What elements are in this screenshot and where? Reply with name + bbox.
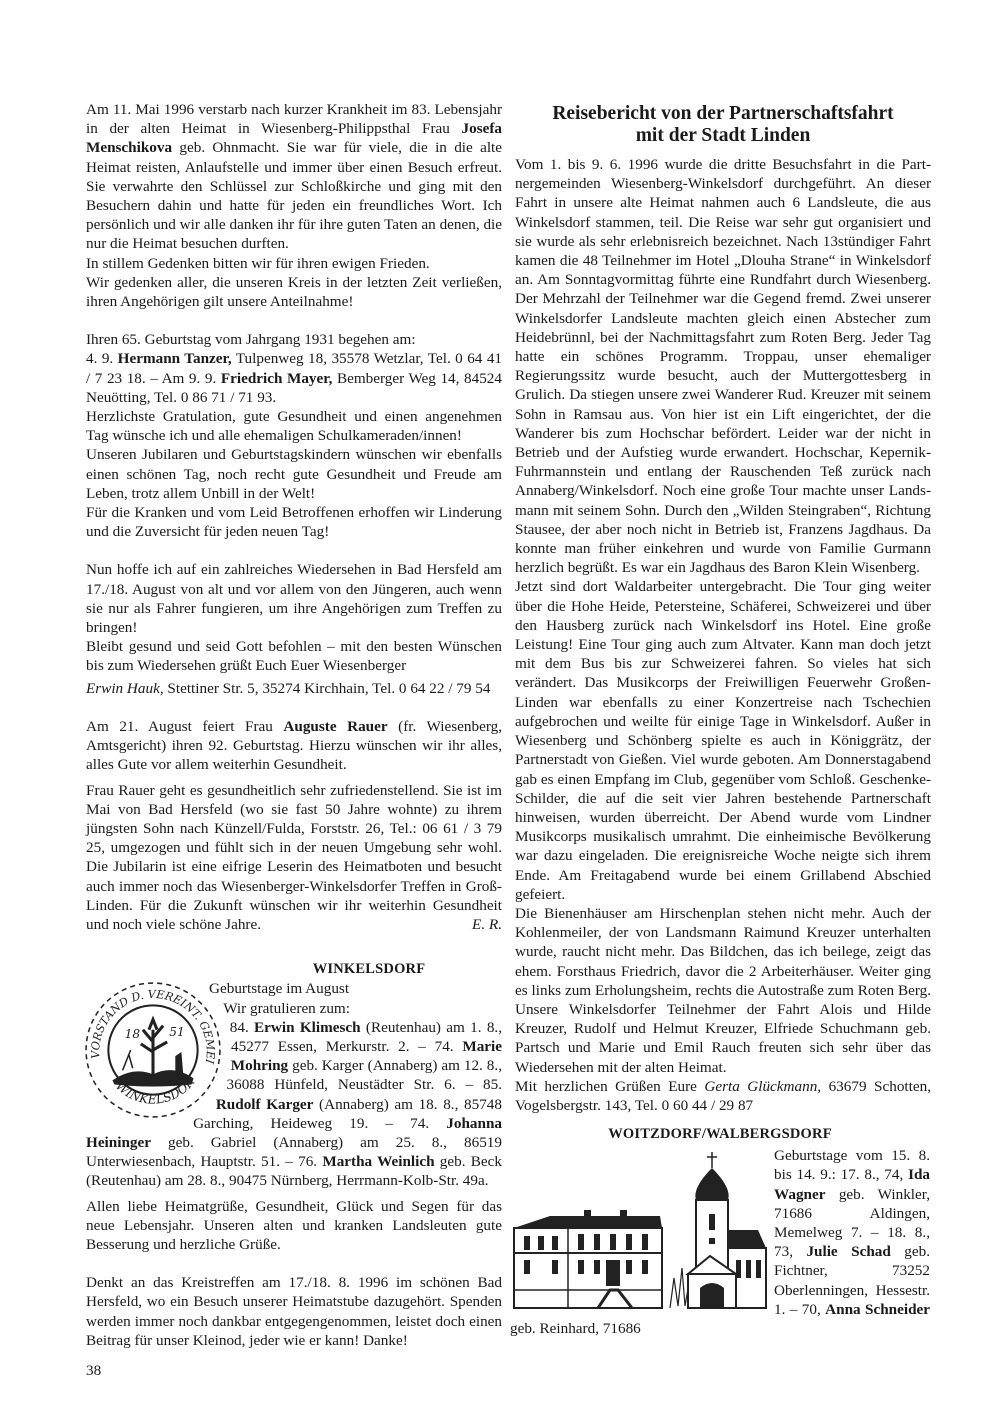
sick-wishes: Für die Kranken und vom Leid Betroffenen… xyxy=(86,503,502,541)
birthday-wishes: Unseren Jubilaren und Geburtstagskindern… xyxy=(86,445,502,503)
winkelsdorf-greetings: Allen liebe Heimatgrüße, Gesundheit, Glü… xyxy=(86,1197,502,1255)
travel-report-p3: Die Bienenhäuser am Hirschenplan stehen … xyxy=(515,904,931,1077)
right-column: Reisebericht von der Partnerschaftsfahrt… xyxy=(515,100,931,1115)
farewell-paragraph: Bleibt gesund und seid Gott befohlen – m… xyxy=(86,637,502,675)
winkelsdorf-reminder: Denkt an das Kreistreffen am 17./18. 8. … xyxy=(86,1273,502,1350)
birthday-65-entries: 4. 9. Hermann Tanzer, Tulpenweg 18, 3557… xyxy=(86,349,502,407)
initials: E. R. xyxy=(472,916,502,933)
birthday-65-intro: Ihren 65. Geburtstag vom Jahrgang 1931 b… xyxy=(86,330,502,349)
section-title-winkelsdorf: WINKELSDORF xyxy=(236,960,502,979)
travel-report-p2: Jetzt sind dort Waldarbeiter untergebrac… xyxy=(515,577,931,903)
meeting-paragraph: Nun hoffe ich auf ein zahlreiches Wieder… xyxy=(86,560,502,637)
signature-glueckmann: Mit herzlichen Grüßen Eure Gerta Glückma… xyxy=(515,1077,931,1115)
woitzdorf-section: WOITZDORF/WALBERGSDORF Gebu xyxy=(510,1125,930,1338)
signature-hauk: Erwin Hauk, Stettiner Str. 5, 35274 Kirc… xyxy=(86,679,502,698)
svg-text:18: 18 xyxy=(125,1027,141,1041)
obituary-remembrance: Wir gedenken aller, die unseren Kreis in… xyxy=(86,273,502,311)
winkelsdorf-seal-icon: VORSTAND D. VEREINT. GEMEINDE WINKELSDOR… xyxy=(82,979,224,1121)
left-column: Am 11. Mai 1996 verstarb nach kurzer Kra… xyxy=(86,100,502,1350)
church-building-icon xyxy=(510,1148,768,1313)
svg-text:51: 51 xyxy=(169,1025,184,1039)
obituary-paragraph: Am 11. Mai 1996 verstarb nach kurzer Kra… xyxy=(86,100,502,254)
travel-report-p1: Vom 1. bis 9. 6. 1996 wurde die dritte B… xyxy=(515,155,931,577)
birthday-65-congrats: Herzlichste Gratulation, gute Gesundheit… xyxy=(86,407,502,445)
rauer-body: Frau Rauer geht es gesundheitlich sehr z… xyxy=(86,781,502,935)
section-title-woitzdorf: WOITZDORF/WALBERGSDORF xyxy=(510,1125,930,1144)
winkelsdorf-section: WINKELSDORF VORSTAND D. VEREINT. GEMEIND… xyxy=(86,960,502,1350)
rauer-birthday: Am 21. August feiert Frau Auguste Rauer … xyxy=(86,717,502,775)
obituary-peace: In stillem Gedenken bitten wir für ihren… xyxy=(86,254,502,273)
page-number: 38 xyxy=(86,1362,101,1380)
article-headline: Reisebericht von der Partnerschaftsfahrt… xyxy=(515,103,931,147)
